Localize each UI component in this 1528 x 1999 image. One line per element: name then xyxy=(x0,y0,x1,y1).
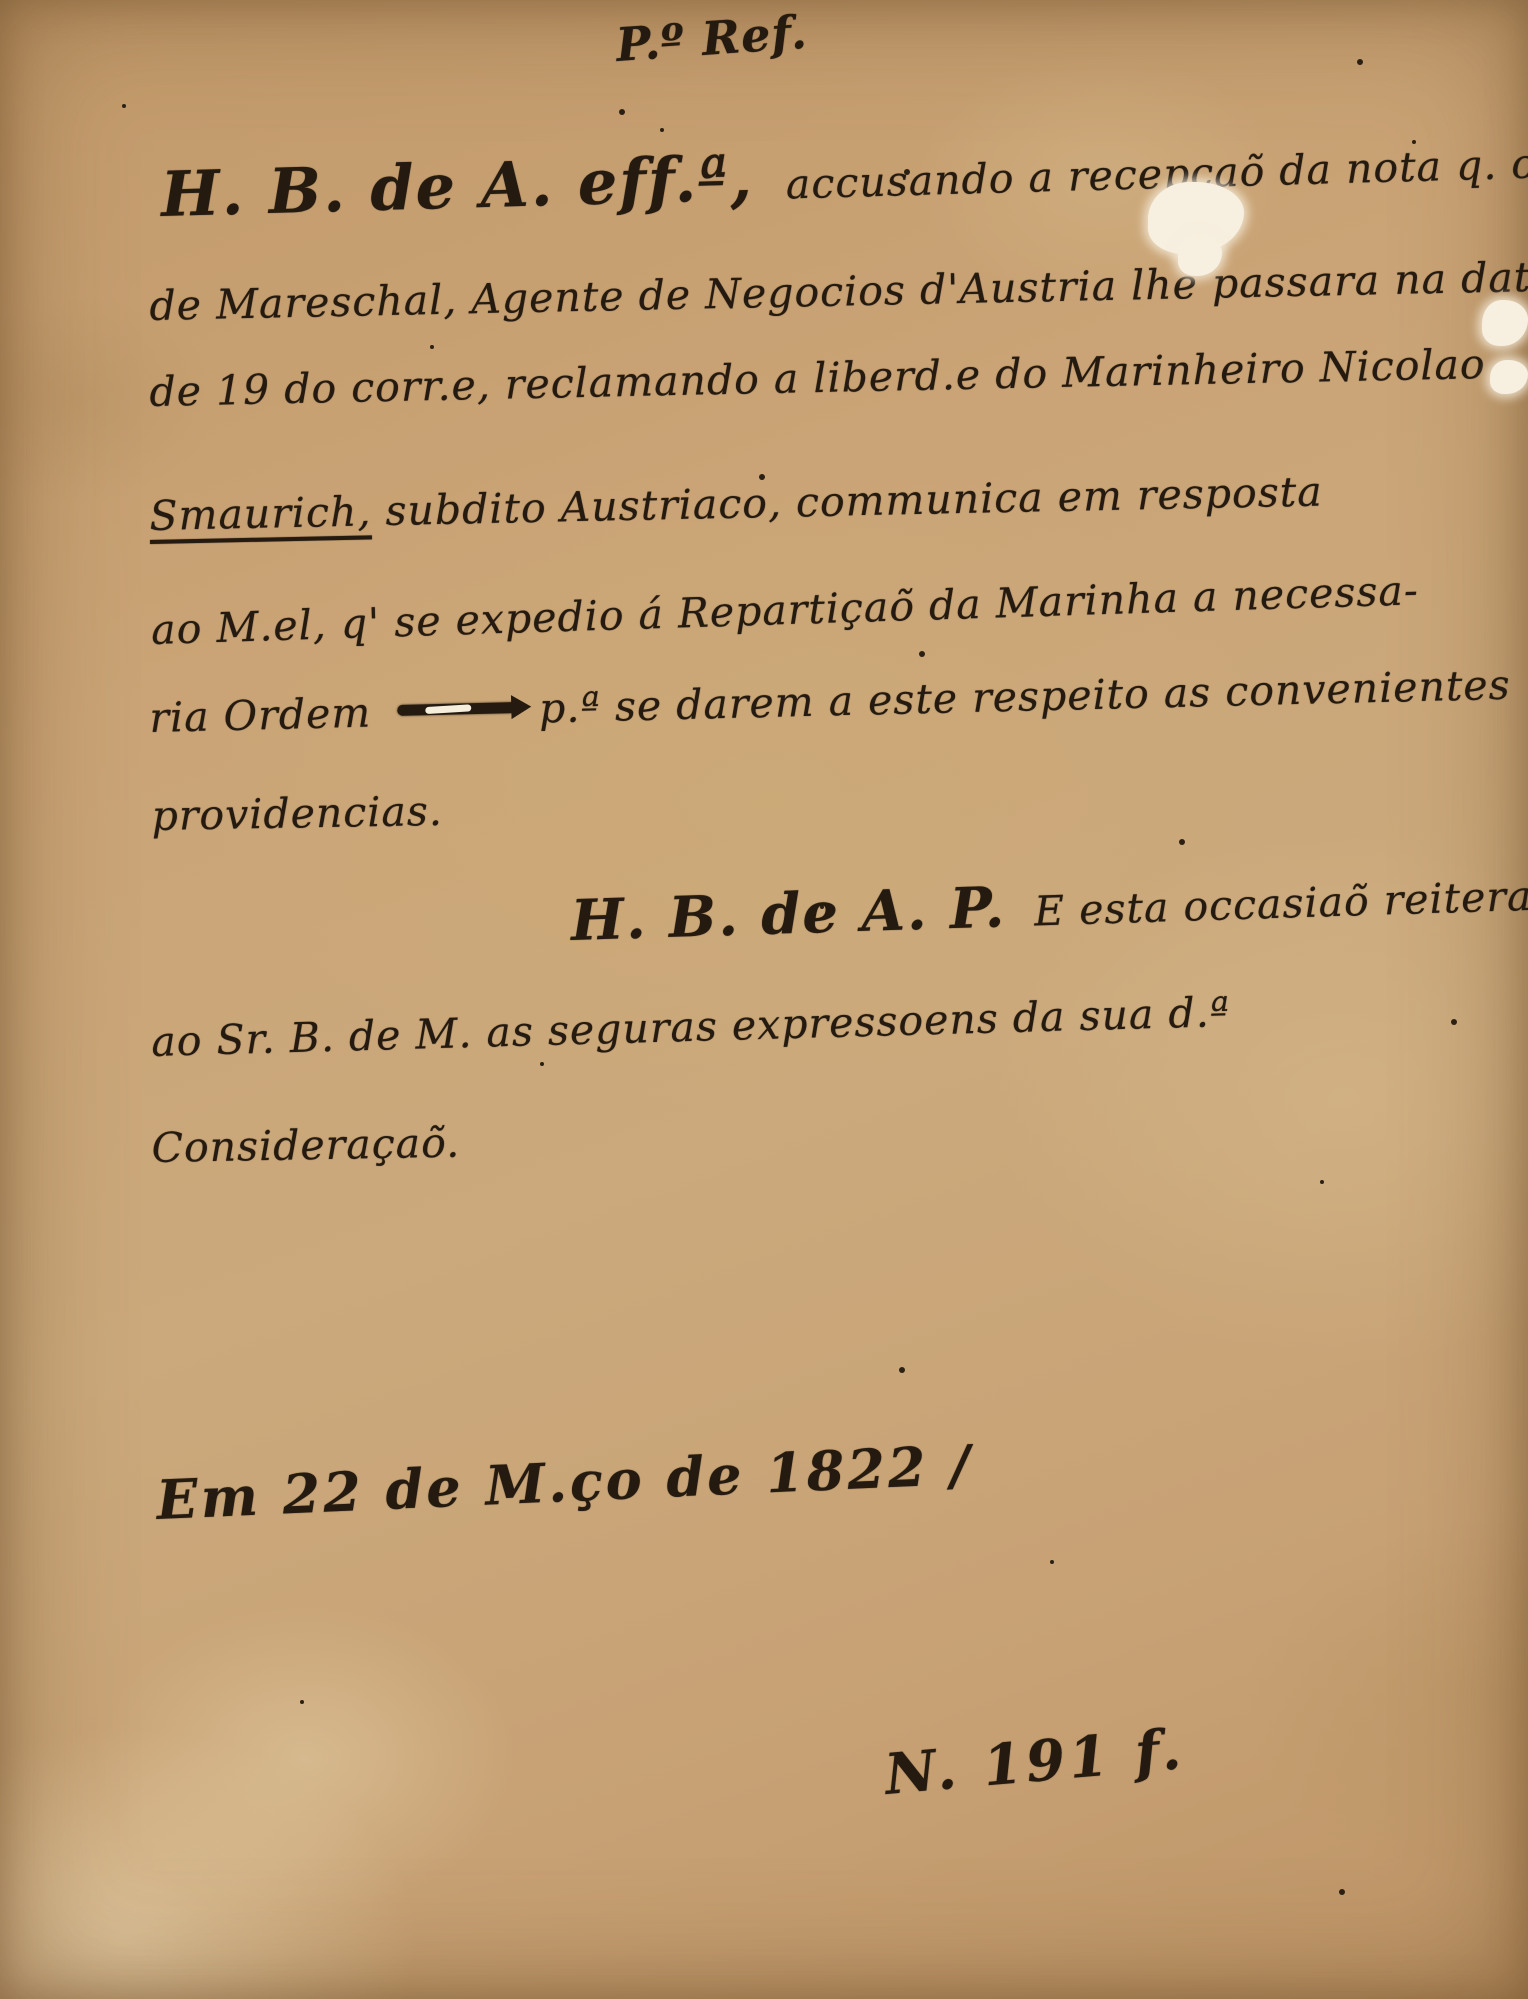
dash-scratch-damage xyxy=(425,704,471,714)
closing-abbreviation: H. B. de A. P. xyxy=(570,874,1007,954)
paragraph2-line3: Consideraçaõ. xyxy=(151,1119,460,1172)
ink-dash-arrow xyxy=(397,702,517,716)
line6-text-pre: ria Ordem xyxy=(149,689,372,742)
closing-line1-text: E esta occasiaõ reitera xyxy=(1033,872,1528,936)
underlined-name-smaurich: Smaurich, xyxy=(149,487,372,540)
ink-specks xyxy=(0,0,4,4)
paragraph1-line7: providencias. xyxy=(151,787,443,840)
